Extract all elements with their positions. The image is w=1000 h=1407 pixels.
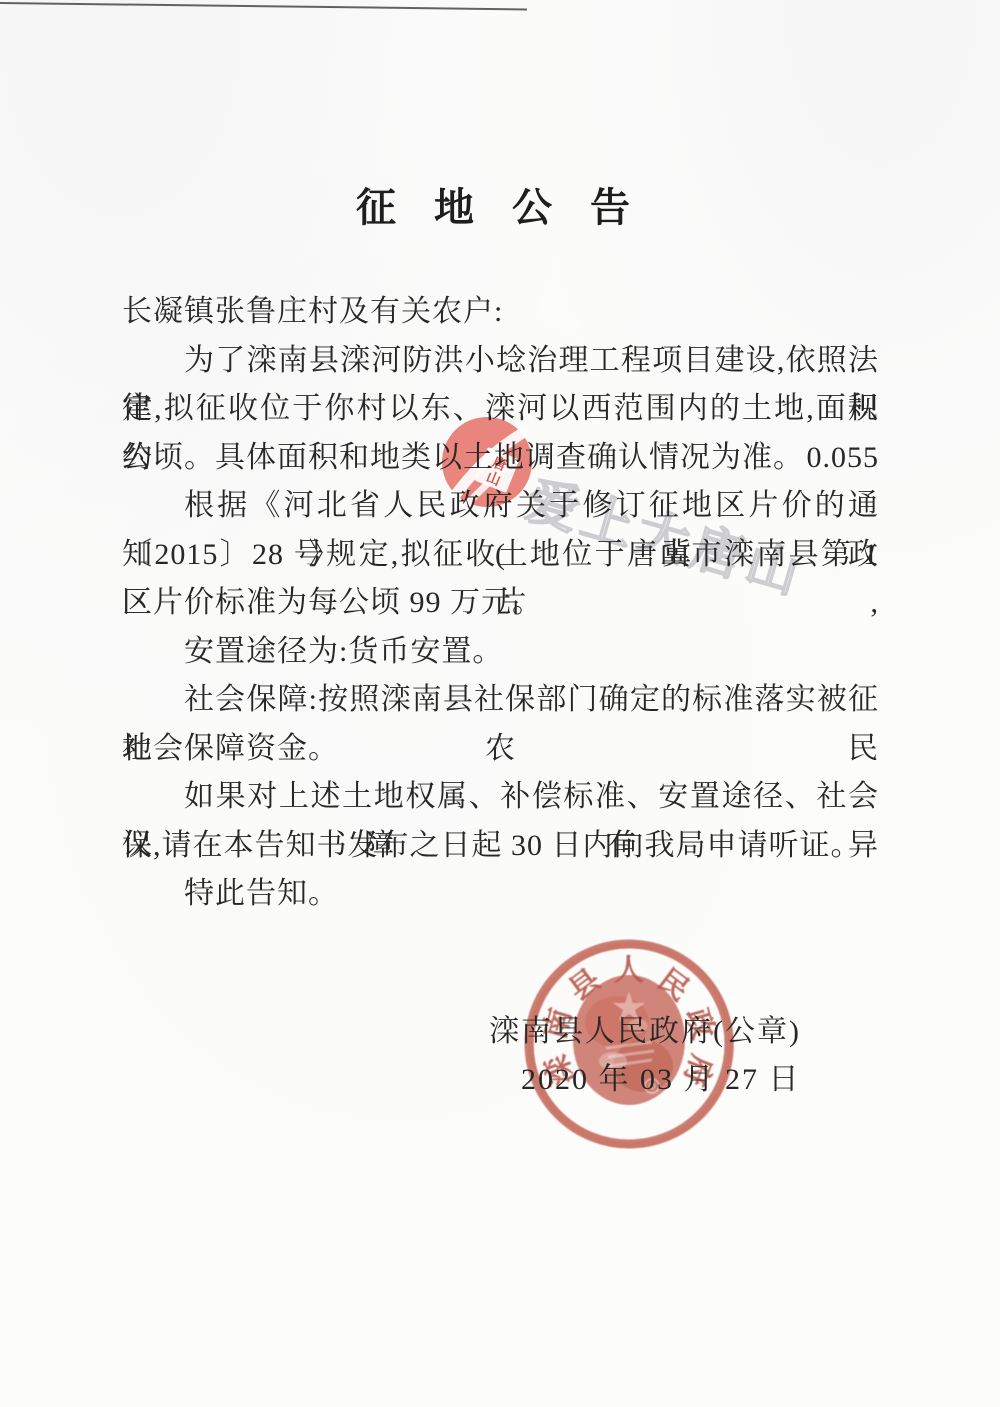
body-text: 长凝镇张鲁庄村及有关农户: 为了滦南县滦河防洪小埝治理工程项目建设,依照法律规 … [122, 288, 879, 919]
body-line: 公顷。具体面积和地类以土地调查确认情况为准。 [122, 434, 879, 483]
body-line: 社会保障:按照滦南县社保部门确定的标准落实被征地农民 [122, 676, 879, 725]
signature-line: 滦南县人民政府(公章) [489, 1006, 801, 1050]
date-line: 2020 年 03 月 27 日 [521, 1054, 801, 1098]
body-line: 议,请在本告知书发布之日起 30 日内向我局申请听证。 [122, 822, 879, 871]
seal-char: 人 [614, 954, 644, 987]
scan-artifact-line [0, 2, 527, 10]
body-line: 〔2015〕28 号规定,拟征收土地位于唐山市滦南县第 1 区片, [122, 531, 879, 580]
body-line: 如果对上述土地权属、补偿标准、安置途径、社会保障有异 [122, 773, 879, 822]
body-line: 为了滦南县滦河防洪小埝治理工程项目建设,依照法律规 [122, 337, 879, 386]
closing-line: 特此告知。 [122, 870, 879, 919]
salutation-line: 长凝镇张鲁庄村及有关农户: [122, 288, 879, 337]
document-page: 唐 山 爱上大唐山 征 地 公 告 长凝镇张鲁庄村及有关农户: 为了滦南县滦河防… [0, 0, 1000, 1407]
body-line: 定,拟征收位于你村以东、滦河以西范围内的土地,面积约 0.055 [122, 385, 879, 434]
body-line: 安置途径为:货币安置。 [122, 628, 879, 677]
body-line: 根据《河北省人民政府关于修订征地区片价的通知》(冀政 [122, 482, 879, 531]
page-title: 征 地 公 告 [0, 176, 1000, 233]
